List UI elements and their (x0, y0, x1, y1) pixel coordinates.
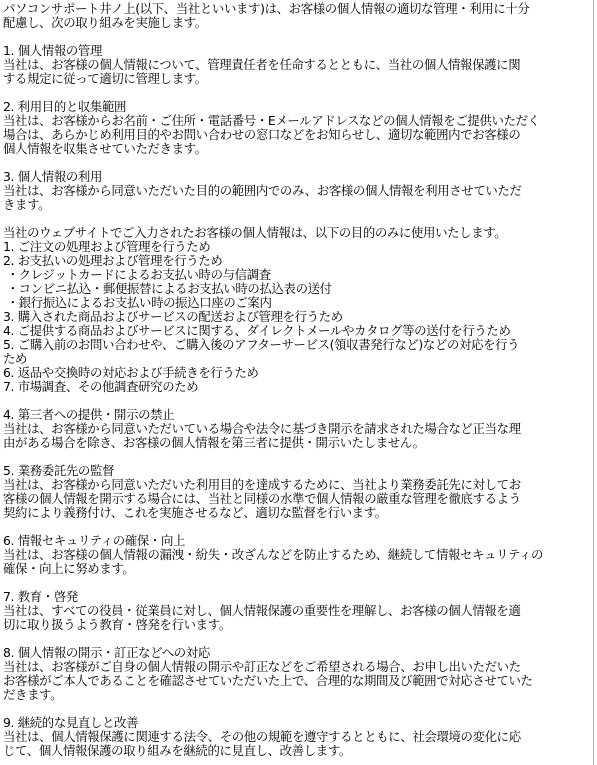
section-title: 7. 教育・啓発 (3, 590, 591, 604)
purpose-item: ため (3, 352, 591, 366)
spacer (3, 86, 591, 100)
section-security: 6. 情報セキュリティの確保・向上 当社は、お客様の個人情報の漏洩・紛失・改ざん… (3, 534, 591, 576)
section-disclosure-correction: 8. 個人情報の開示・訂正などへの対応 当社は、お客様がご自身の個人情報の開示や… (3, 646, 591, 702)
section-body-line: だきます。 (3, 688, 591, 702)
section-title: 6. 情報セキュリティの確保・向上 (3, 534, 591, 548)
section-body-line: 契約により義務付け、これを実施させるなど、適切な監督を行います。 (3, 506, 591, 520)
spacer (3, 702, 591, 716)
section-body-line: 客様の個人情報を開示する場合には、当社と同様の水準で個人情報の厳重な管理を徹底す… (3, 492, 591, 506)
purpose-lead: 当社のウェブサイトでご入力されたお客様の個人情報は、以下の目的のみに使用いたしま… (3, 226, 591, 240)
intro-line: 配慮し、次の取り組みを実施します。 (3, 16, 591, 30)
section-body-line: きます。 (3, 198, 591, 212)
section-management: 1. 個人情報の管理 当社は、お客様の個人情報について、管理責任者を任命するとと… (3, 44, 591, 86)
section-body-line: 由がある場合を除き、お客様の個人情報を第三者に提供・開示いたしません。 (3, 436, 591, 450)
spacer (3, 212, 591, 226)
purpose-item: 3. 購入された商品およびサービスの配送および管理を行うため (3, 310, 591, 324)
section-title: 8. 個人情報の開示・訂正などへの対応 (3, 646, 591, 660)
spacer (3, 394, 591, 408)
section-body-line: 当社は、お客様から同意いただいた利用目的を達成するために、当社より業務委託先に対… (3, 478, 591, 492)
section-title: 1. 個人情報の管理 (3, 44, 591, 58)
purpose-item: 7. 市場調査、その他調査研究のため (3, 380, 591, 394)
section-body-line: 個人情報を収集させていただきます。 (3, 142, 591, 156)
spacer (3, 156, 591, 170)
spacer (3, 450, 591, 464)
purpose-subitem: ・コンビニ払込・郵便振替によるお支払い時の払込表の送付 (3, 282, 591, 296)
purpose-list: 当社のウェブサイトでご入力されたお客様の個人情報は、以下の目的のみに使用いたしま… (3, 226, 591, 394)
section-body-line: する規定に従って適切に管理します。 (3, 72, 591, 86)
section-title: 4. 第三者への提供・開示の禁止 (3, 408, 591, 422)
section-third-party: 4. 第三者への提供・開示の禁止 当社は、お客様から同意いただいている場合や法令… (3, 408, 591, 450)
privacy-policy-document: パソコンサポート井ノ上(以下、当社といいます)は、お客様の個人情報の適切な管理・… (0, 0, 594, 765)
section-body-line: 切に取り扱うよう教育・啓発を行います。 (3, 618, 591, 632)
section-continuous-improvement: 9. 継続的な見直しと改善 当社は、個人情報保護に関連する法令、その他の規範を遵… (3, 716, 591, 758)
section-contractor-supervision: 5. 業務委託先の監督 当社は、お客様から同意いただいた利用目的を達成するために… (3, 464, 591, 520)
purpose-subitem: ・クレジットカードによるお支払い時の与信調査 (3, 268, 591, 282)
purpose-item: 1. ご注文の処理および管理を行うため (3, 240, 591, 254)
section-body-line: お客様がご本人であることを確認させていただいた上で、合理的な期間及び範囲で対応さ… (3, 674, 591, 688)
section-title: 2. 利用目的と収集範囲 (3, 100, 591, 114)
spacer (3, 520, 591, 534)
spacer (3, 576, 591, 590)
section-body-line: 当社は、お客様の個人情報について、管理責任者を任命するとともに、当社の個人情報保… (3, 58, 591, 72)
section-body-line: 当社は、すべての役員・従業員に対し、個人情報保護の重要性を理解し、お客様の個人情… (3, 604, 591, 618)
section-purpose-scope: 2. 利用目的と収集範囲 当社は、お客様からお名前・ご住所・電話番号・Eメールア… (3, 100, 591, 156)
section-body-line: 確保・向上に努めます。 (3, 562, 591, 576)
section-title: 9. 継続的な見直しと改善 (3, 716, 591, 730)
purpose-item: 6. 返品や交換時の対応および手続きを行うため (3, 366, 591, 380)
purpose-item: 4. ご提供する商品およびサービスに関する、ダイレクトメールやカタログ等の送付を… (3, 324, 591, 338)
section-body-line: 当社は、お客様の個人情報の漏洩・紛失・改ざんなどを防止するため、継続して情報セキ… (3, 548, 591, 562)
purpose-item: 2. お支払いの処理および管理を行うため (3, 254, 591, 268)
section-body-line: 場合は、あらかじめ利用目的やお問い合わせの窓口などをお知らせし、適切な範囲内でお… (3, 128, 591, 142)
section-title: 5. 業務委託先の監督 (3, 464, 591, 478)
section-body-line: 当社は、お客様から同意いただいた目的の範囲内でのみ、お客様の個人情報を利用させて… (3, 184, 591, 198)
intro-paragraph: パソコンサポート井ノ上(以下、当社といいます)は、お客様の個人情報の適切な管理・… (3, 2, 591, 30)
section-title: 3. 個人情報の利用 (3, 170, 591, 184)
intro-line: パソコンサポート井ノ上(以下、当社といいます)は、お客様の個人情報の適切な管理・… (3, 2, 591, 16)
purpose-subitem: ・銀行振込によるお支払い時の振込口座のご案内 (3, 296, 591, 310)
spacer (3, 632, 591, 646)
section-body-line: 当社は、お客様からお名前・ご住所・電話番号・Eメールアドレスなどの個人情報をご提… (3, 114, 591, 128)
section-body-line: じて、個人情報保護の取り組みを継続的に見直し、改善します。 (3, 744, 591, 758)
section-body-line: 当社は、お客様から同意いただいている場合や法令に基づき開示を請求された場合など正… (3, 422, 591, 436)
section-education: 7. 教育・啓発 当社は、すべての役員・従業員に対し、個人情報保護の重要性を理解… (3, 590, 591, 632)
spacer (3, 30, 591, 44)
section-body-line: 当社は、お客様がご自身の個人情報の開示や訂正などをご希望される場合、お申し出いた… (3, 660, 591, 674)
section-body-line: 当社は、個人情報保護に関連する法令、その他の規範を遵守するとともに、社会環境の変… (3, 730, 591, 744)
purpose-item: 5. ご購入前のお問い合わせや、ご購入後のアフターサービス(領収書発行など)など… (3, 338, 591, 352)
section-usage: 3. 個人情報の利用 当社は、お客様から同意いただいた目的の範囲内でのみ、お客様… (3, 170, 591, 212)
